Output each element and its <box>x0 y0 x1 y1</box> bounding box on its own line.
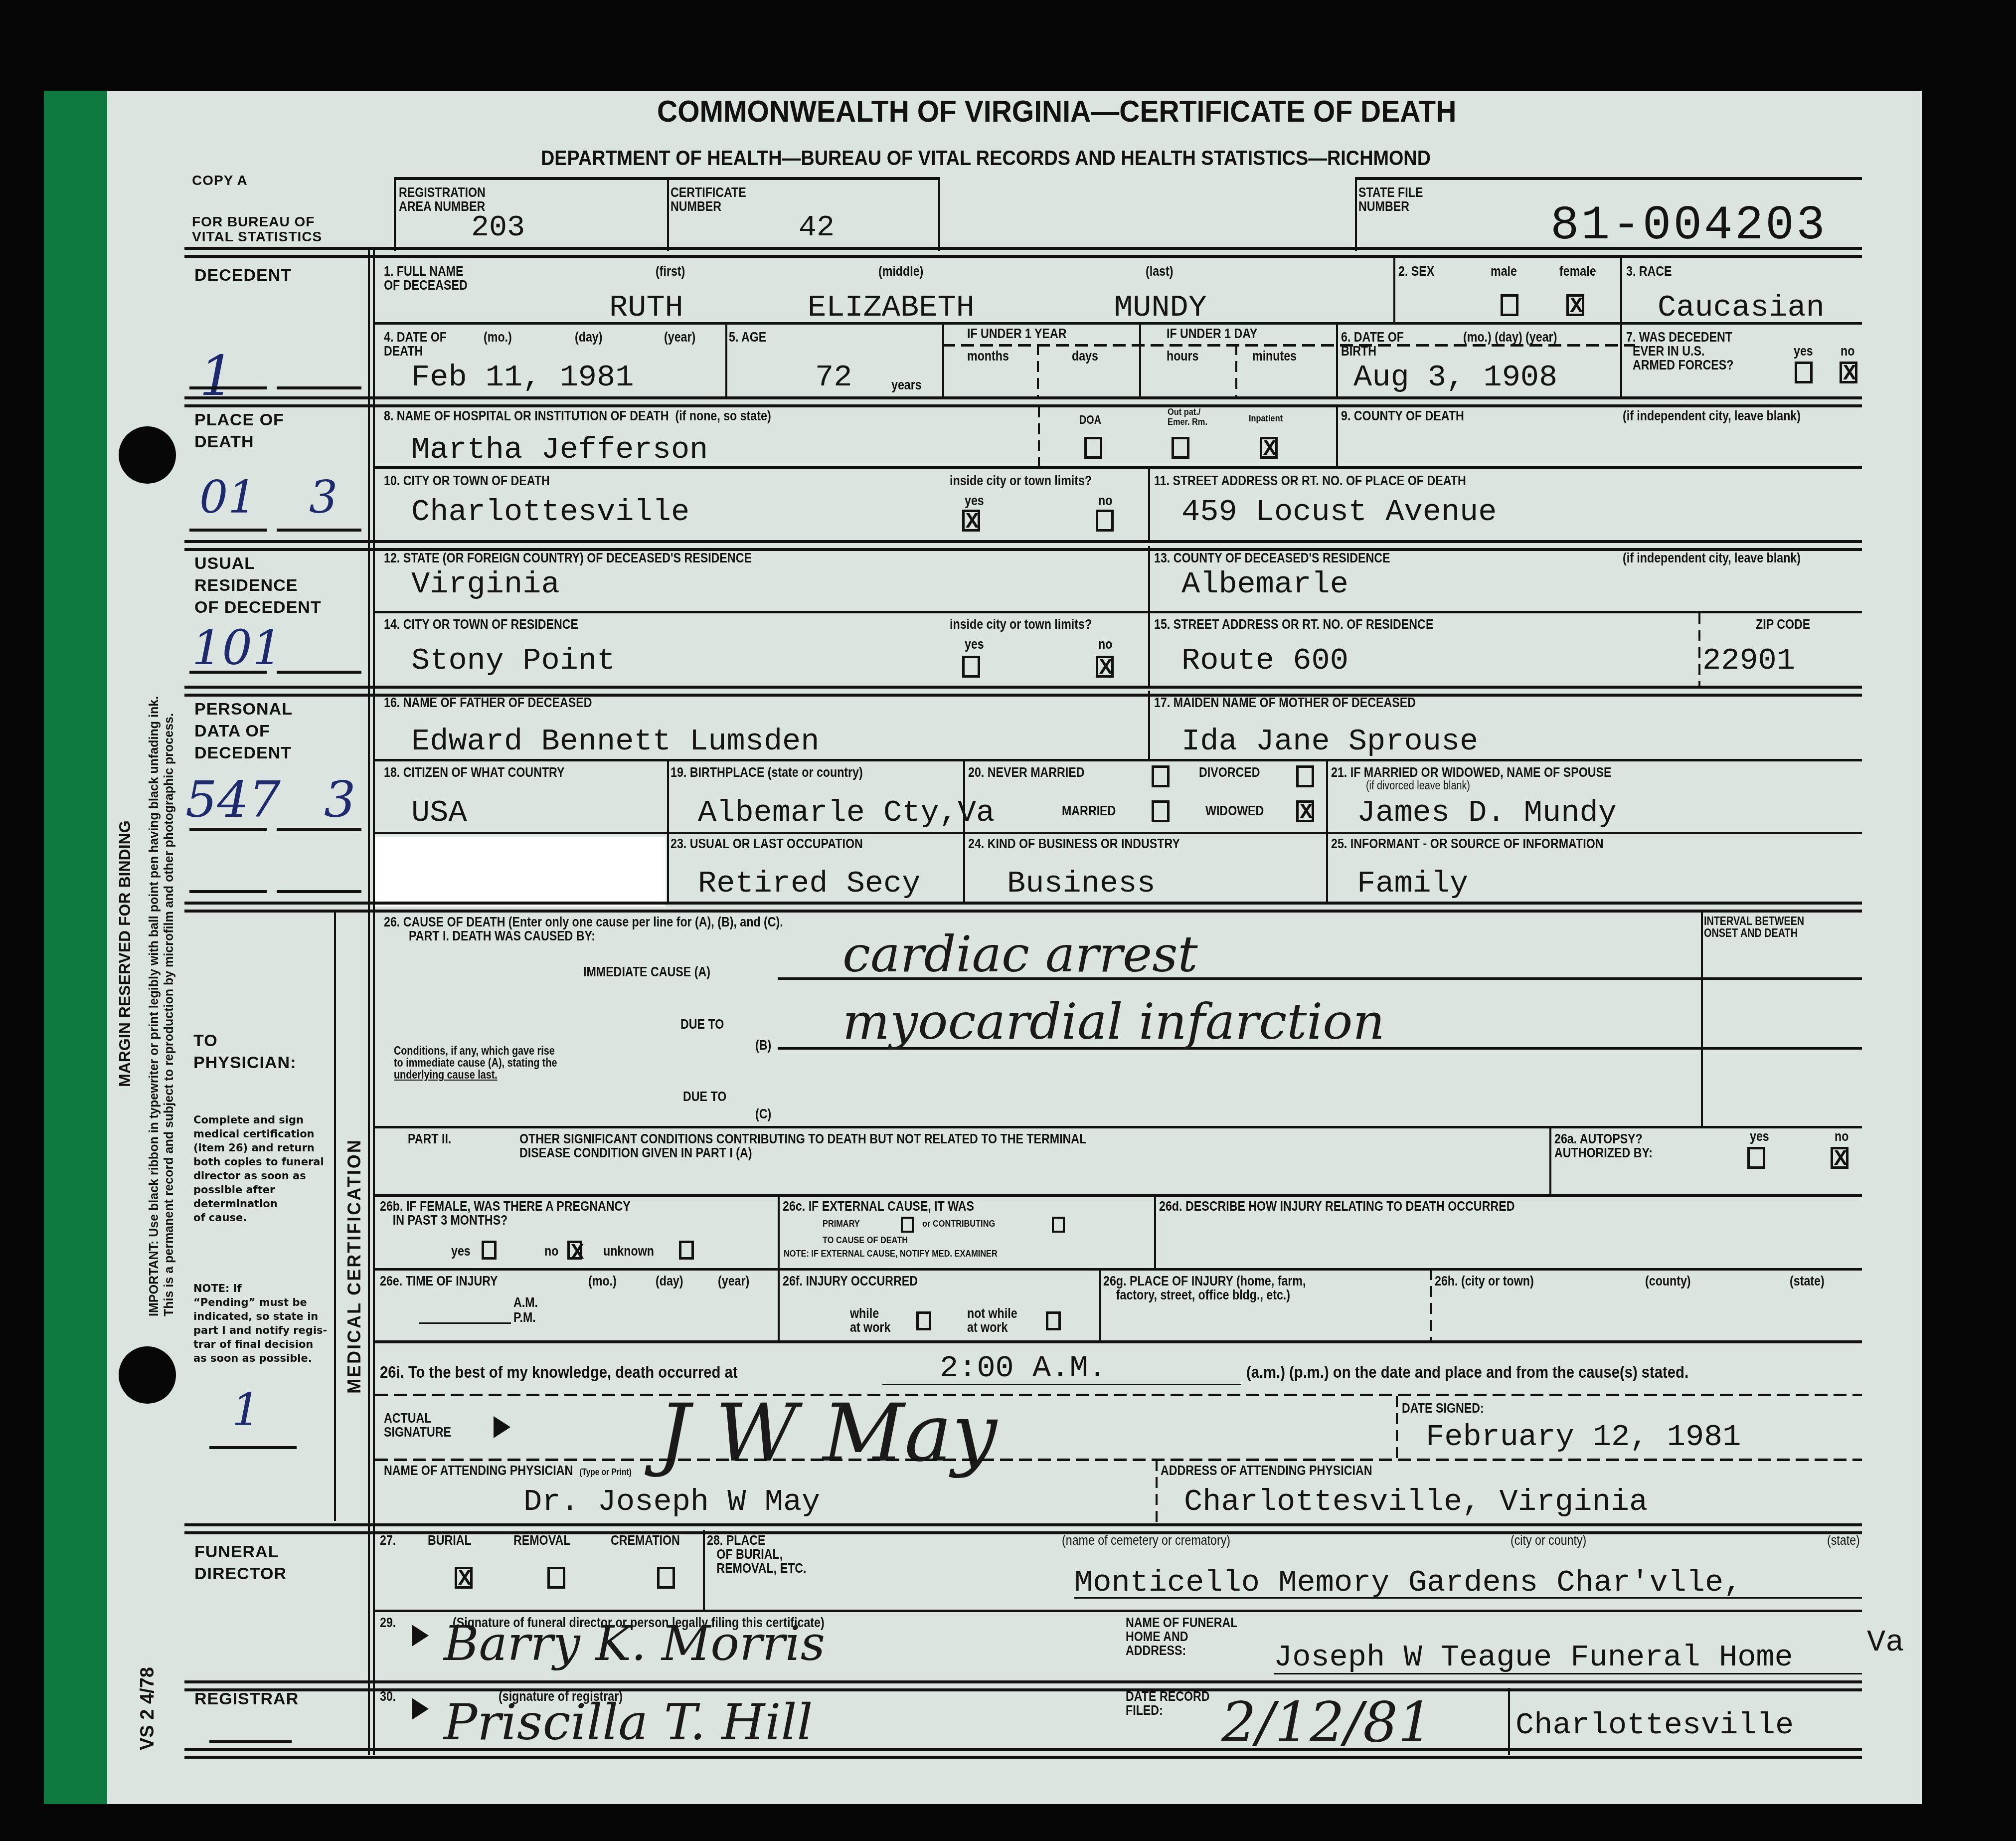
spouse-value: James D. Mundy <box>1357 797 1617 829</box>
form-code: VS 2 4/78 <box>137 1667 159 1750</box>
residence-yes-label: yes <box>965 637 984 651</box>
age-label: 5. AGE <box>729 330 766 344</box>
rule <box>334 913 336 1521</box>
father-name-label: 16. NAME OF FATHER OF DECEASED <box>384 696 592 710</box>
death-time-suffix: (a.m.) (p.m.) on the date and place and … <box>1246 1365 1688 1379</box>
rule <box>1355 177 1862 180</box>
punch-hole <box>119 1346 176 1404</box>
sex-female-label: female <box>1559 264 1596 278</box>
signature-arrow-icon <box>494 1416 510 1438</box>
rule <box>375 1394 1862 1396</box>
injury-state-label: (state) <box>1790 1274 1825 1288</box>
outpatient-checkbox[interactable] <box>1172 437 1189 459</box>
actual-signature-label: ACTUALSIGNATURE <box>384 1411 451 1439</box>
pregnancy-yes-checkbox[interactable] <box>482 1241 497 1260</box>
place-code-2: 3 <box>309 471 337 524</box>
rule <box>419 1322 511 1324</box>
rule <box>1355 177 1357 251</box>
rule <box>184 1748 1862 1759</box>
code-line <box>277 386 361 389</box>
informant-value: Family <box>1357 868 1468 900</box>
code-line <box>209 1740 292 1743</box>
city-county-hint: (city or county) <box>1511 1533 1586 1547</box>
rule <box>725 323 727 398</box>
rule <box>1148 612 1150 687</box>
middle-name-label: (middle) <box>878 264 923 278</box>
physician-address-value: Charlottesville, Virginia <box>1184 1486 1648 1518</box>
removal-label: REMOVAL <box>513 1533 570 1547</box>
immediate-cause-value: cardiac arrest <box>842 925 1198 983</box>
occupation-value: Retired Secy <box>698 868 920 900</box>
external-cause-label: 26c. IF EXTERNAL CAUSE, IT WAS <box>783 1199 974 1213</box>
while-at-work-checkbox[interactable] <box>916 1311 931 1330</box>
sex-label: 2. SEX <box>1398 264 1434 278</box>
rule <box>375 1268 1862 1271</box>
first-name-value: RUTH <box>609 292 683 324</box>
rule <box>1037 344 1039 398</box>
sex-male-label: male <box>1491 264 1517 278</box>
date-of-death-value: Feb 11, 1981 <box>411 362 634 393</box>
am-label: A.M. <box>513 1295 538 1309</box>
interval-label: INTERVAL BETWEENONSET AND DEATH <box>1704 915 1804 939</box>
injury-county-label: (county) <box>1645 1274 1691 1288</box>
rule <box>942 323 944 398</box>
code-line <box>277 828 361 831</box>
rule <box>1430 1269 1432 1340</box>
birthplace-label: 19. BIRTHPLACE (state or country) <box>671 765 863 779</box>
residence-city-label: 14. CITY OR TOWN OF RESIDENCE <box>384 617 578 631</box>
injury-city-label: 26h. (city or town) <box>1435 1274 1534 1288</box>
rule <box>938 177 940 251</box>
rule <box>184 247 1862 258</box>
physician-name-value: Dr. Joseph W May <box>523 1486 820 1518</box>
death-time-value: 2:00 A.M. <box>940 1352 1107 1384</box>
rule <box>375 832 1862 834</box>
part2-label: PART II. <box>408 1132 451 1146</box>
state-hint: (state) <box>1827 1533 1860 1547</box>
rule <box>1620 323 1622 398</box>
funeral-home-city: Charlottesville <box>1515 1709 1794 1741</box>
city-of-death-label: 10. CITY OR TOWN OF DEATH <box>384 474 550 488</box>
rule <box>375 759 1862 761</box>
street-of-death-value: 459 Locust Avenue <box>1181 496 1497 528</box>
city-limits-yes-checkbox[interactable] <box>962 510 980 532</box>
armed-forces-label: 7. WAS DECEDENT EVER IN U.S. ARMED FORCE… <box>1626 330 1733 372</box>
age-value: 72 <box>815 362 852 393</box>
residence-county-hint: (if independent city, leave blank) <box>1623 551 1801 565</box>
place-of-burial-value: Monticello Memory Gardens Char'vlle, <box>1074 1567 1742 1599</box>
autopsy-yes-label: yes <box>1750 1129 1769 1143</box>
rule <box>394 177 396 251</box>
code-line <box>189 529 267 532</box>
physician-address-label: ADDRESS OF ATTENDING PHYSICIAN <box>1161 1464 1372 1477</box>
physician-signature[interactable]: J W May <box>658 1386 997 1479</box>
hours-label: hours <box>1167 349 1199 363</box>
married-label: MARRIED <box>1062 804 1116 818</box>
divorced-checkbox[interactable] <box>1296 765 1314 787</box>
residence-street-label: 15. STREET ADDRESS OR RT. NO. OF RESIDEN… <box>1154 617 1433 631</box>
birthplace-value: Albemarle Cty,Va <box>698 797 995 829</box>
residence-state-value: Virginia <box>411 568 560 600</box>
code-line <box>277 529 361 532</box>
pregnancy-unknown-label: unknown <box>603 1244 654 1258</box>
funeral-home-value: Joseph W Teague Funeral Home <box>1274 1642 1793 1673</box>
informant-label: 25. INFORMANT - OR SOURCE OF INFORMATION <box>1331 837 1604 851</box>
part2-text: OTHER SIGNIFICANT CONDITIONS CONTRIBUTIN… <box>519 1132 1086 1160</box>
armed-forces-no-checkbox[interactable] <box>1840 362 1857 383</box>
section-usual-residence: USUALRESIDENCEOF DECEDENT <box>194 552 322 618</box>
rule <box>375 322 1862 325</box>
cremation-checkbox[interactable] <box>657 1567 675 1589</box>
important-note-1: IMPORTANT: Use black ribbon in typewrite… <box>147 696 162 1316</box>
due-to-c-label: DUE TO <box>683 1090 726 1104</box>
place-code-1: 01 <box>199 471 257 524</box>
city-of-death-value: Charlottesville <box>411 496 689 528</box>
not-while-at-work-label: not whileat work <box>967 1306 1017 1334</box>
street-of-death-label: 11. STREET ADDRESS OR RT. NO. OF PLACE O… <box>1154 474 1466 488</box>
citizen-label: 18. CITIZEN OF WHAT COUNTRY <box>384 765 564 779</box>
race-label: 3. RACE <box>1626 264 1672 278</box>
code-line <box>189 386 267 389</box>
armed-no-label: no <box>1841 344 1854 358</box>
rule <box>375 1459 1862 1461</box>
primary-checkbox[interactable] <box>901 1217 914 1233</box>
injury-year-label: (year) <box>718 1274 749 1288</box>
autopsy-label: 26a. AUTOPSY?AUTHORIZED BY: <box>1554 1132 1653 1160</box>
section-registrar: REGISTRAR <box>194 1688 299 1710</box>
city-yes-label: yes <box>965 494 984 508</box>
dob-value: Aug 3, 1908 <box>1353 362 1557 393</box>
state-file-number: 81-004203 <box>1550 202 1827 250</box>
rule <box>184 540 1862 551</box>
signature-arrow-icon <box>412 1625 429 1647</box>
married-checkbox[interactable] <box>1152 800 1170 822</box>
dod-day-label: (day) <box>575 330 602 344</box>
spouse-hint: (if divorced leave blank) <box>1366 779 1470 791</box>
rule <box>375 1340 1862 1343</box>
under-1-day-label: IF UNDER 1 DAY <box>1167 327 1257 341</box>
certificate-number-label: CERTIFICATENUMBER <box>671 185 746 213</box>
sex-female-checkbox[interactable] <box>1566 294 1584 316</box>
code-line <box>189 671 267 674</box>
rule <box>1148 546 1150 611</box>
rule <box>1508 1688 1510 1755</box>
pregnancy-yes-label: yes <box>451 1244 471 1258</box>
code-line <box>277 890 361 893</box>
zip-value: 22901 <box>1702 645 1795 677</box>
county-of-death-hint: (if independent city, leave blank) <box>1623 409 1801 423</box>
funeral-director-number: 29. <box>380 1616 396 1630</box>
rule <box>1148 467 1150 541</box>
punch-hole <box>119 426 176 484</box>
residence-county-label: 13. COUNTY OF DECEASED'S RESIDENCE <box>1154 551 1390 565</box>
c-label: (C) <box>755 1107 771 1121</box>
rule <box>375 466 1862 469</box>
hospital-label: 8. NAME OF HOSPITAL OR INSTITUTION OF DE… <box>384 409 771 423</box>
cremation-label: CREMATION <box>611 1533 680 1547</box>
section-funeral-director: FUNERALDIRECTOR <box>194 1541 287 1585</box>
rule <box>375 1194 1862 1197</box>
due-to-b-value: myocardial infarction <box>842 992 1385 1051</box>
full-name-label: 1. FULL NAMEOF DECEASED <box>384 264 468 292</box>
county-of-death-label: 9. COUNTY OF DEATH <box>1341 409 1464 423</box>
city-no-label: no <box>1098 494 1112 508</box>
physician-code-1: 1 <box>232 1384 260 1436</box>
code-line <box>277 671 361 674</box>
residence-city-value: Stony Point <box>411 645 615 677</box>
rule <box>1698 613 1700 686</box>
armed-yes-label: yes <box>1794 344 1813 358</box>
first-name-label: (first) <box>656 264 685 278</box>
not-while-at-work-checkbox[interactable] <box>1046 1311 1061 1330</box>
never-married-checkbox[interactable] <box>1152 765 1170 787</box>
rule <box>1393 255 1395 323</box>
bureau-label: FOR BUREAU OFVITAL STATISTICS <box>192 214 322 244</box>
cause-of-death-label: 26. CAUSE OF DEATH (Enter only one cause… <box>384 915 783 929</box>
days-label: days <box>1072 349 1098 363</box>
residence-code-1: 101 <box>192 621 282 676</box>
autopsy-no-checkbox[interactable] <box>1831 1147 1848 1169</box>
while-at-work-label: whileat work <box>850 1306 890 1334</box>
doa-checkbox[interactable] <box>1084 437 1102 459</box>
rule <box>1336 323 1338 398</box>
primary-label: PRIMARY <box>823 1219 860 1229</box>
widowed-checkbox[interactable] <box>1296 800 1314 822</box>
personal-code-1: 547 <box>185 770 281 829</box>
race-value: Caucasian <box>1658 292 1825 324</box>
code-line <box>189 828 267 831</box>
widowed-label: WIDOWED <box>1205 804 1264 818</box>
part1-label: PART I. DEATH WAS CAUSED BY: <box>409 929 595 943</box>
hospital-value: Martha Jefferson <box>411 434 708 466</box>
never-married-label: 20. NEVER MARRIED <box>968 765 1085 779</box>
physician-instructions: Complete and signmedical certification(i… <box>193 1113 324 1225</box>
rule <box>1099 1269 1101 1340</box>
cemetery-hint: (name of cemetery or crematory) <box>1062 1533 1230 1547</box>
minutes-label: minutes <box>1252 349 1297 363</box>
rule <box>375 1610 1862 1612</box>
code-line <box>189 890 267 893</box>
date-signed-value: February 12, 1981 <box>1426 1421 1741 1453</box>
rule <box>1074 1597 1862 1599</box>
registrar-signature[interactable]: Priscilla T. Hill <box>444 1693 813 1751</box>
binding-margin-label: MARGIN RESERVED FOR BINDING <box>116 820 134 1087</box>
conditions-note: Conditions, if any, which gave riseto im… <box>394 1045 557 1081</box>
medical-certification-label: MEDICAL CERTIFICATION <box>344 1138 365 1394</box>
personal-code-2: 3 <box>324 770 356 829</box>
rule <box>1139 323 1141 398</box>
rule <box>1274 1673 1862 1674</box>
residence-street-value: Route 600 <box>1181 645 1348 677</box>
under-1-year-label: IF UNDER 1 YEAR <box>967 327 1067 341</box>
page-title: COMMONWEALTH OF VIRGINIA—CERTIFICATE OF … <box>657 94 1456 129</box>
pregnancy-unknown-checkbox[interactable] <box>679 1241 694 1260</box>
disposition-number: 27. <box>380 1533 396 1547</box>
months-label: months <box>967 349 1009 363</box>
state-file-label: STATE FILENUMBER <box>1358 185 1423 213</box>
father-name-value: Edward Bennett Lumsden <box>411 726 820 757</box>
contributing-checkbox[interactable] <box>1052 1217 1065 1233</box>
section-to-physician: TOPHYSICIAN: <box>193 1030 296 1074</box>
occupation-label: 23. USUAL OR LAST OCCUPATION <box>671 837 863 851</box>
autopsy-yes-checkbox[interactable] <box>1747 1147 1765 1169</box>
mother-name-value: Ida Jane Sprouse <box>1181 726 1478 757</box>
rule <box>667 177 669 251</box>
physician-name-label: NAME OF ATTENDING PHYSICIAN (Type or Pri… <box>384 1464 632 1479</box>
copy-label: COPY A <box>192 170 248 191</box>
burial-state-value: Va <box>1867 1627 1904 1658</box>
date-of-death-label: 4. DATE OFDEATH <box>384 330 447 358</box>
date-signed-label: DATE SIGNED: <box>1402 1401 1484 1415</box>
business-value: Business <box>1007 868 1156 900</box>
ssn-redaction <box>375 837 666 907</box>
rule <box>1336 406 1338 467</box>
residence-limits-label: inside city or town limits? <box>950 617 1092 631</box>
spouse-label: 21. IF MARRIED OR WIDOWED, NAME OF SPOUS… <box>1331 765 1611 779</box>
time-of-injury-label: 26e. TIME OF INJURY <box>380 1274 498 1288</box>
dob-label: 6. DATE OFBIRTH <box>1341 330 1404 358</box>
section-place-of-death: PLACE OFDEATH <box>194 409 284 453</box>
section-decedent: DECEDENT <box>194 264 292 286</box>
injury-day-label: (day) <box>656 1274 683 1288</box>
rule <box>1701 910 1703 1127</box>
death-time-prefix: 26i. To the best of my knowledge, death … <box>380 1365 738 1379</box>
pm-label: P.M. <box>513 1310 536 1324</box>
important-note-2: This is a permanent record and subject t… <box>162 713 176 1316</box>
city-limits-no-checkbox[interactable] <box>1096 510 1114 532</box>
age-unit: years <box>891 378 922 392</box>
middle-name-value: ELIZABETH <box>808 292 975 324</box>
removal-checkbox[interactable] <box>547 1567 565 1589</box>
code-line <box>209 1446 297 1449</box>
external-cause-note: NOTE: IF EXTERNAL CAUSE, NOTIFY MED. EXA… <box>784 1249 998 1259</box>
due-to-b-label: DUE TO <box>680 1017 724 1031</box>
rule <box>1396 1396 1398 1460</box>
registration-area-number: 203 <box>471 212 525 244</box>
sex-male-checkbox[interactable] <box>1501 294 1518 316</box>
rule <box>375 611 1862 613</box>
rule <box>1620 255 1622 323</box>
rule <box>184 902 1862 913</box>
burial-checkbox[interactable] <box>455 1567 473 1589</box>
page-subtitle: DEPARTMENT OF HEALTH—BUREAU OF VITAL REC… <box>541 146 1431 170</box>
last-name-label: (last) <box>1146 264 1173 278</box>
rule <box>184 396 1862 407</box>
pregnancy-no-checkbox[interactable] <box>567 1241 582 1260</box>
citizen-value: USA <box>411 797 467 829</box>
b-label: (B) <box>755 1038 771 1052</box>
inpatient-checkbox[interactable] <box>1260 437 1278 459</box>
dod-mo-label: (mo.) <box>484 330 512 344</box>
pregnancy-no-label: no <box>544 1244 558 1258</box>
certificate-number: 42 <box>799 212 835 244</box>
residence-county-value: Albemarle <box>1181 568 1348 600</box>
residence-no-label: no <box>1098 637 1112 651</box>
place-of-burial-label: 28. PLACE OF BURIAL, REMOVAL, ETC. <box>707 1533 807 1575</box>
rule <box>1038 406 1040 466</box>
business-label: 24. KIND OF BUSINESS OR INDUSTRY <box>968 837 1180 851</box>
rule <box>1156 1460 1158 1524</box>
signature-arrow-icon <box>412 1698 429 1720</box>
injury-mo-label: (mo.) <box>588 1274 617 1288</box>
place-of-injury-label: 26g. PLACE OF INJURY (home, farm, factor… <box>1103 1274 1306 1302</box>
residence-state-label: 12. STATE (OR FOREIGN COUNTRY) OF DECEAS… <box>384 551 752 565</box>
inpatient-label: Inpatient <box>1249 414 1283 424</box>
date-filed-label: DATE RECORDFILED: <box>1126 1689 1210 1717</box>
last-name-value: MUNDY <box>1114 292 1207 324</box>
rule <box>184 1680 1862 1691</box>
date-filed-value: 2/12/81 <box>1221 1690 1433 1754</box>
registration-area-label: REGISTRATIONAREA NUMBER <box>399 185 486 213</box>
autopsy-no-label: no <box>1835 1129 1848 1143</box>
residence-limits-no-checkbox[interactable] <box>1096 656 1114 678</box>
rule <box>1235 344 1237 398</box>
rule <box>1154 1196 1156 1268</box>
armed-forces-yes-checkbox[interactable] <box>1795 362 1813 383</box>
pregnancy-label: 26b. IF FEMALE, WAS THERE A PREGNANCY IN… <box>380 1199 631 1227</box>
rule <box>375 1126 1862 1128</box>
registrar-number: 30. <box>380 1689 396 1703</box>
city-limits-label: inside city or town limits? <box>950 474 1092 488</box>
dob-sub-label: (mo.) (day) (year) <box>1463 330 1557 344</box>
dod-year-label: (year) <box>664 330 695 344</box>
funeral-home-label: NAME OF FUNERALHOME ANDADDRESS: <box>1126 1616 1237 1657</box>
funeral-director-signature[interactable]: Barry K. Morris <box>444 1616 825 1671</box>
section-personal-data: PERSONALDATA OFDECEDENT <box>194 698 293 764</box>
zip-label: ZIP CODE <box>1756 617 1810 631</box>
divorced-label: DIVORCED <box>1199 765 1260 779</box>
outpat-label: Out pat./Emer. Rm. <box>1168 407 1207 427</box>
rule <box>1549 1127 1551 1194</box>
immediate-cause-label: IMMEDIATE CAUSE (A) <box>583 965 710 979</box>
mother-name-label: 17. MAIDEN NAME OF MOTHER OF DECEASED <box>1154 696 1416 710</box>
to-cause-label: TO CAUSE OF DEATH <box>823 1236 908 1246</box>
binding-strip <box>44 91 107 1804</box>
rule <box>703 1530 705 1612</box>
doa-label: DOA <box>1079 414 1101 426</box>
burial-label: BURIAL <box>428 1533 472 1547</box>
pending-note: NOTE: If“Pending” must beindicated, so s… <box>193 1282 327 1365</box>
contributing-label: or CONTRIBUTING <box>922 1219 995 1229</box>
injury-description-label: 26d. DESCRIBE HOW INJURY RELATING TO DEA… <box>1159 1199 1514 1213</box>
rule <box>1148 691 1150 760</box>
injury-occurred-label: 26f. INJURY OCCURRED <box>783 1274 918 1288</box>
residence-limits-yes-checkbox[interactable] <box>962 656 980 678</box>
